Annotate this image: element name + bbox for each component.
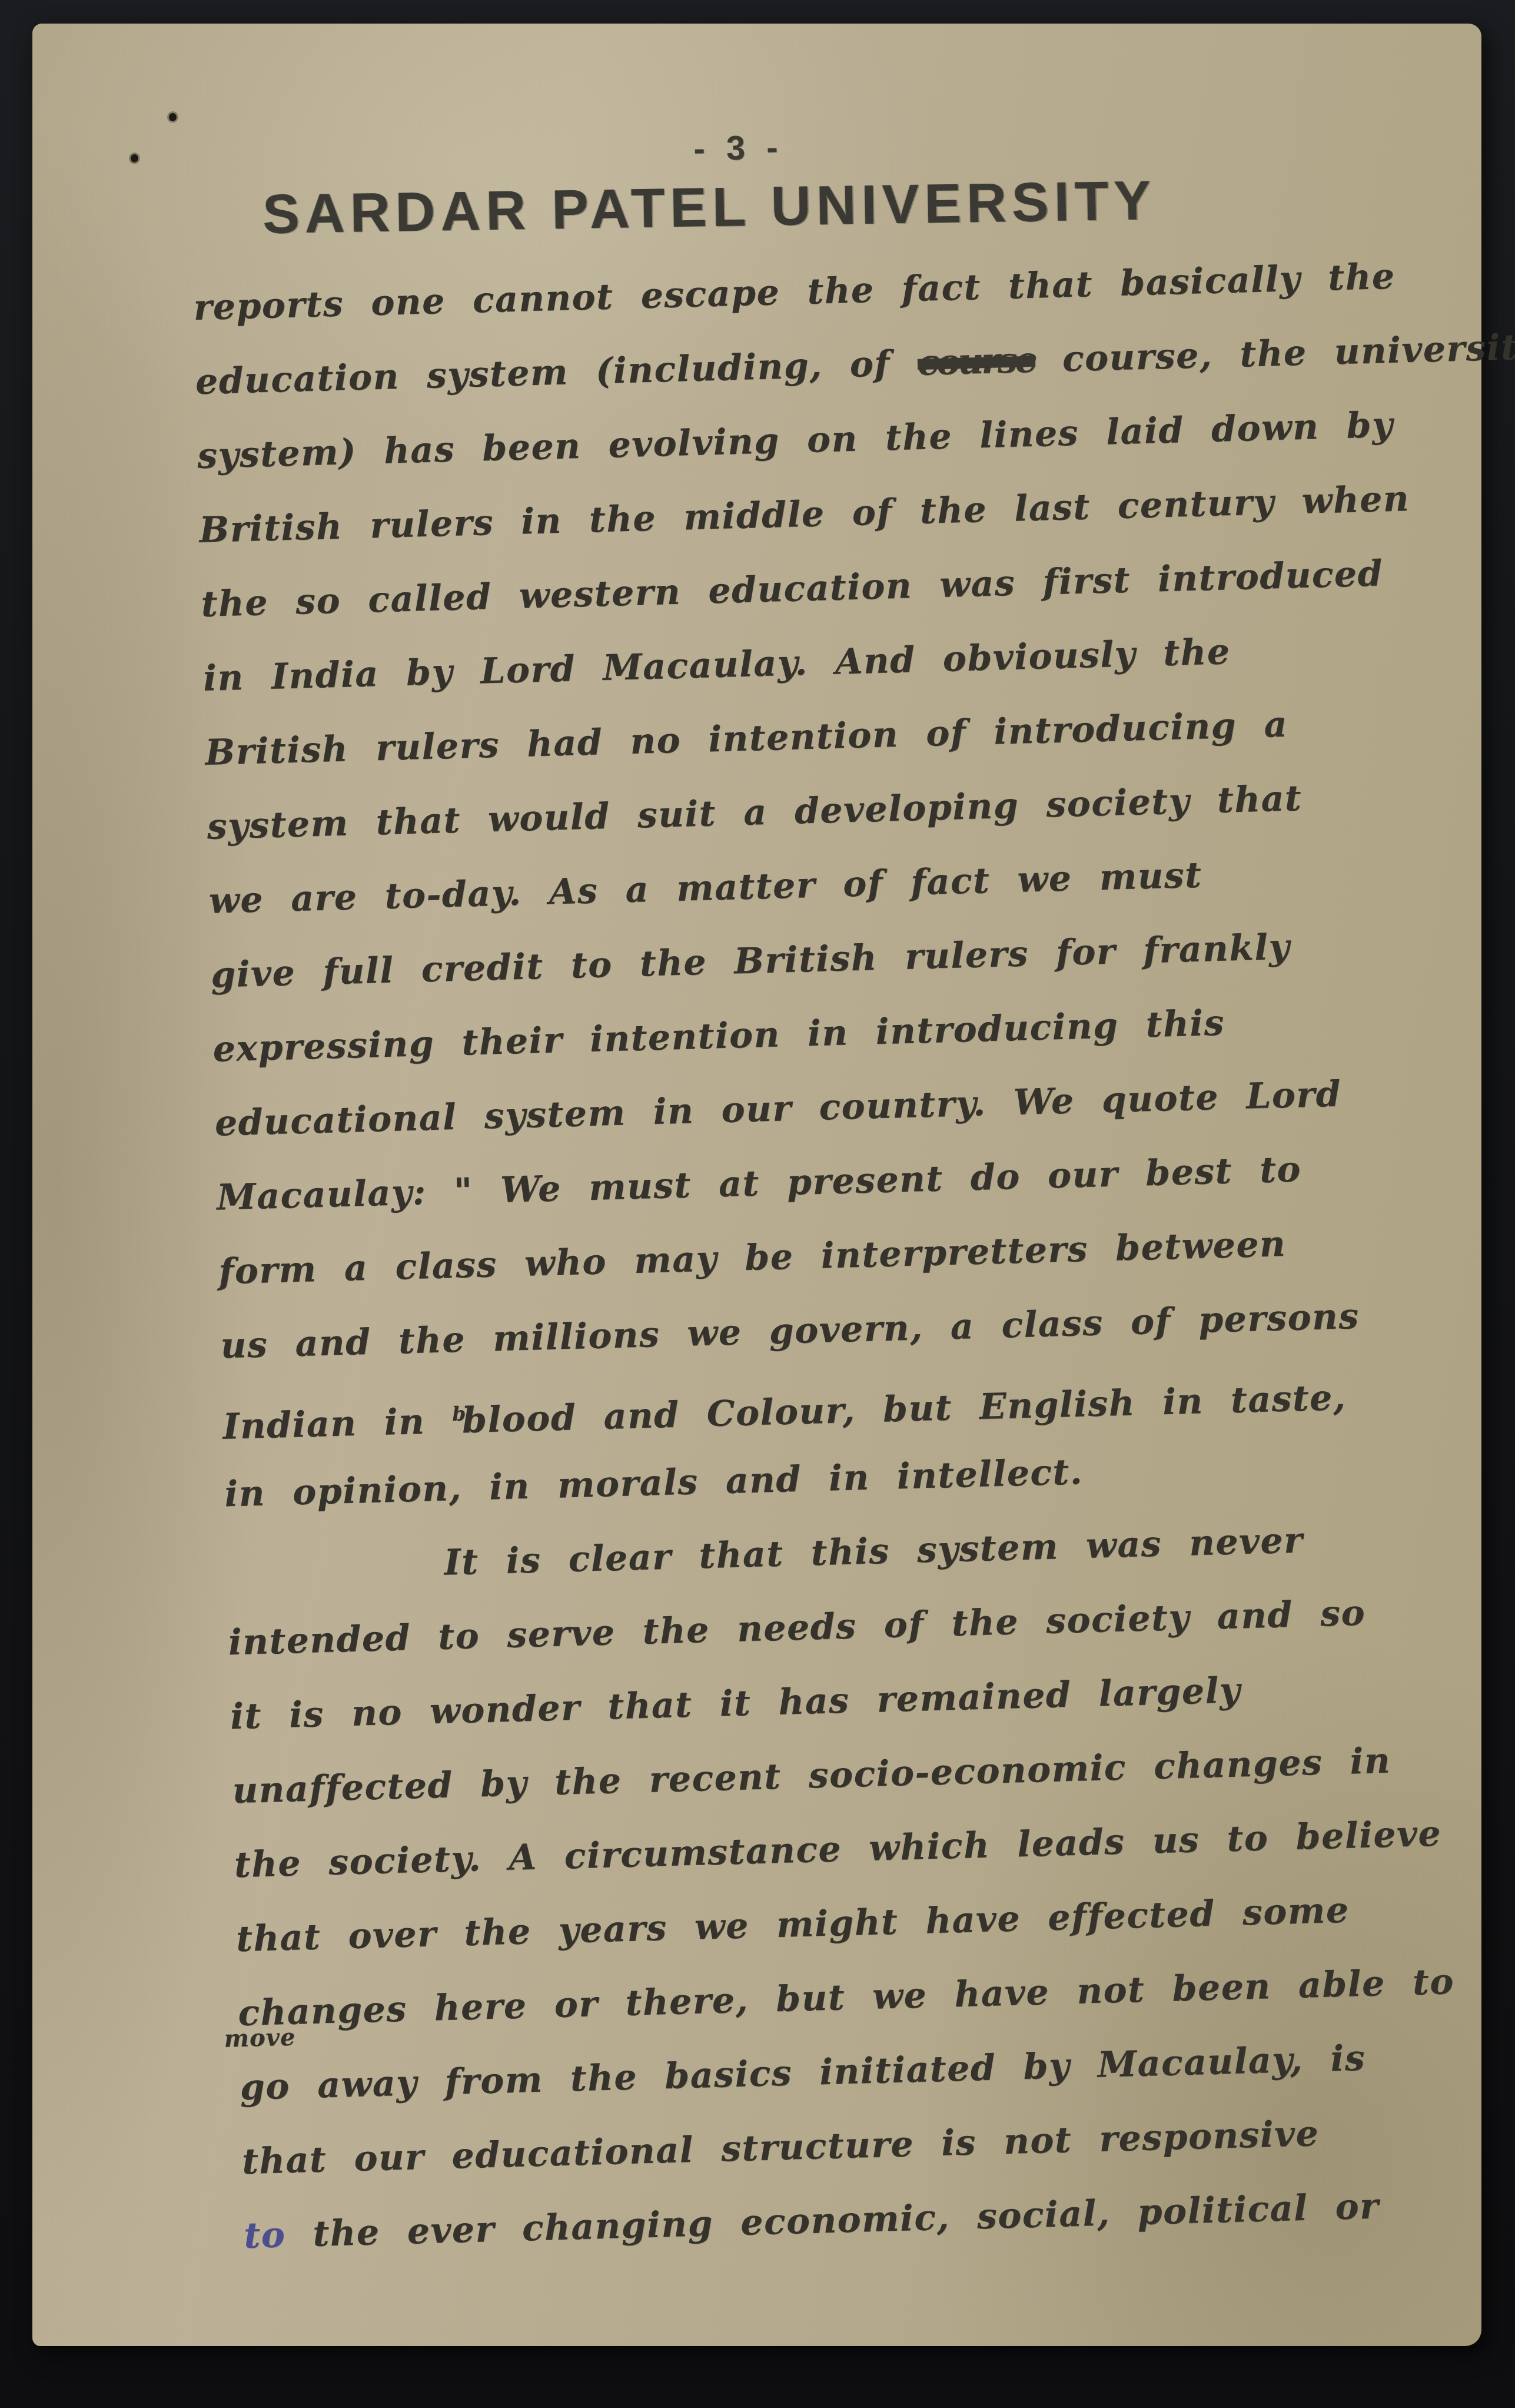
handwritten-segment: go away from the basics initiated by Mac…	[240, 2038, 1366, 2108]
handwritten-segment: education system (including, of	[195, 343, 918, 403]
handwritten-segment: educational system in our country. We qu…	[214, 1073, 1342, 1144]
pinhole-top	[169, 113, 177, 121]
manuscript-lines: reports one cannot escape the fact that …	[192, 239, 1469, 2273]
handwritten-segment: unaffected by the recent socio-economic …	[232, 1740, 1391, 1812]
handwritten-segment: It is clear that this system was never	[444, 1520, 1304, 1583]
handwritten-segment: the so called western education was firs…	[201, 553, 1384, 625]
handwritten-segment: British rulers had no intention of intro…	[205, 704, 1288, 774]
handwritten-segment: course, the university	[1035, 326, 1515, 380]
handwritten-segment: in India by Lord Macaulay. And obviously…	[202, 631, 1231, 699]
handwritten-segment: intended to serve the needs of the socie…	[228, 1593, 1366, 1664]
handwritten-segment: we are to-day. As a matter of fact we mu…	[208, 854, 1202, 921]
handwritten-segment: give full credit to the British rulers f…	[210, 927, 1290, 996]
handwritten-segment: form a class who may be interpretters be…	[218, 1223, 1287, 1292]
handwritten-segment-scribbled: course	[917, 340, 1036, 384]
handwritten-segment-blue: to	[243, 2214, 286, 2257]
handwritten-segment: expressing their intention in introducin…	[212, 1003, 1225, 1070]
handwritten-segment: Indian in	[222, 1401, 453, 1448]
page-title: SARDAR PATEL UNIVERSITY	[32, 165, 1386, 250]
handwritten-segment: in opinion, in morals and in intellect.	[224, 1451, 1084, 1515]
paper-sheet: - 3 - SARDAR PATEL UNIVERSITY reports on…	[32, 24, 1481, 2346]
scanned-page-background: { "page": { "page_number": "- 3 -", "tit…	[0, 0, 1515, 2408]
handwritten-segment: reports one cannot escape the fact that …	[193, 256, 1396, 329]
handwritten-segment: system) has been evolving on the lines l…	[197, 404, 1394, 477]
handwritten-segment: system that would suit a developing soci…	[207, 778, 1303, 848]
handwritten-segment: Macaulay: " We must at present do our be…	[216, 1149, 1301, 1218]
handwritten-segment: it is no wonder that it has remained lar…	[230, 1670, 1241, 1737]
handwritten-segment: that over the years we might have effect…	[235, 1890, 1350, 1960]
inserted-word: move	[224, 2025, 296, 2051]
handwritten-segment: the ever changing economic, social, poli…	[285, 2185, 1380, 2256]
handwritten-segment: us and the millions we govern, a class o…	[220, 1296, 1360, 1367]
handwritten-segment: that our educational structure is not re…	[241, 2113, 1320, 2183]
